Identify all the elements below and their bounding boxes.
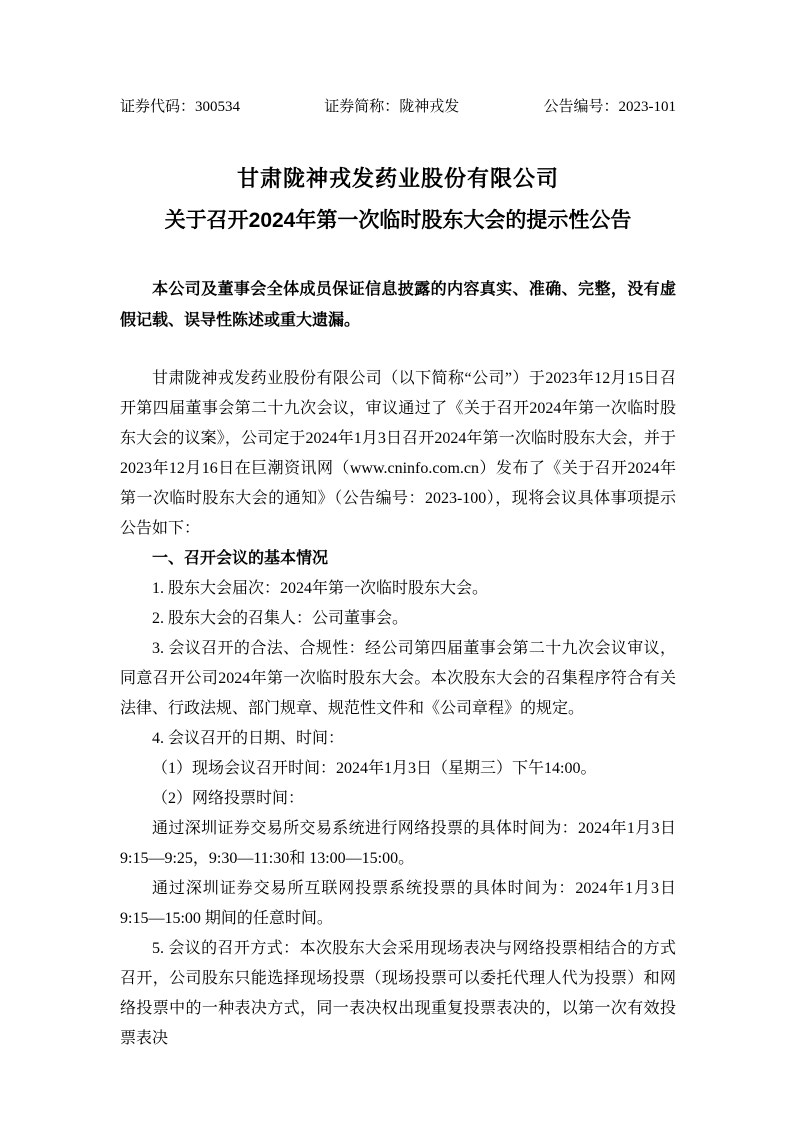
item-online-vote-time: （2）网络投票时间：: [120, 784, 676, 814]
item-date-time: 4. 会议召开的日期、时间：: [120, 724, 676, 754]
stock-code: 证券代码：300534: [120, 97, 240, 117]
intro-paragraph: 甘肃陇神戎发药业股份有限公司（以下简称“公司”）于2023年12月15日召开第四…: [120, 364, 676, 544]
announcement-number: 公告编号：2023-101: [544, 97, 677, 117]
document-page: 证券代码：300534 证券简称：陇神戎发 公告编号：2023-101 甘肃陇神…: [0, 0, 793, 1122]
section1-heading: 一、召开会议的基本情况: [120, 544, 676, 574]
item-trading-system-time: 通过深圳证券交易所交易系统进行网络投票的具体时间为：2024年1月3日9:15—…: [120, 814, 676, 874]
company-name-title: 甘肃陇神戎发药业股份有限公司: [120, 164, 676, 194]
item-internet-system-time: 通过深圳证券交易所互联网投票系统投票的具体时间为：2024年1月3日9:15—1…: [120, 874, 676, 934]
item-meeting-method: 5. 会议的召开方式：本次股东大会采用现场表决与网络投票相结合的方式召开，公司股…: [120, 934, 676, 1054]
document-header: 证券代码：300534 证券简称：陇神戎发 公告编号：2023-101: [120, 97, 676, 117]
stock-abbr: 证券简称：陇神戎发: [324, 97, 459, 117]
item-legality: 3. 会议召开的合法、合规性：经公司第四届董事会第二十九次会议审议，同意召开公司…: [120, 634, 676, 724]
item-meeting-session: 1. 股东大会届次：2024年第一次临时股东大会。: [120, 574, 676, 604]
item-convener: 2. 股东大会的召集人：公司董事会。: [120, 604, 676, 634]
disclaimer-paragraph: 本公司及董事会全体成员保证信息披露的内容真实、准确、完整，没有虚假记载、误导性陈…: [120, 274, 676, 336]
announcement-title: 关于召开2024年第一次临时股东大会的提示性公告: [120, 206, 676, 236]
item-onsite-time: （1）现场会议召开时间：2024年1月3日（星期三）下午14:00。: [120, 754, 676, 784]
